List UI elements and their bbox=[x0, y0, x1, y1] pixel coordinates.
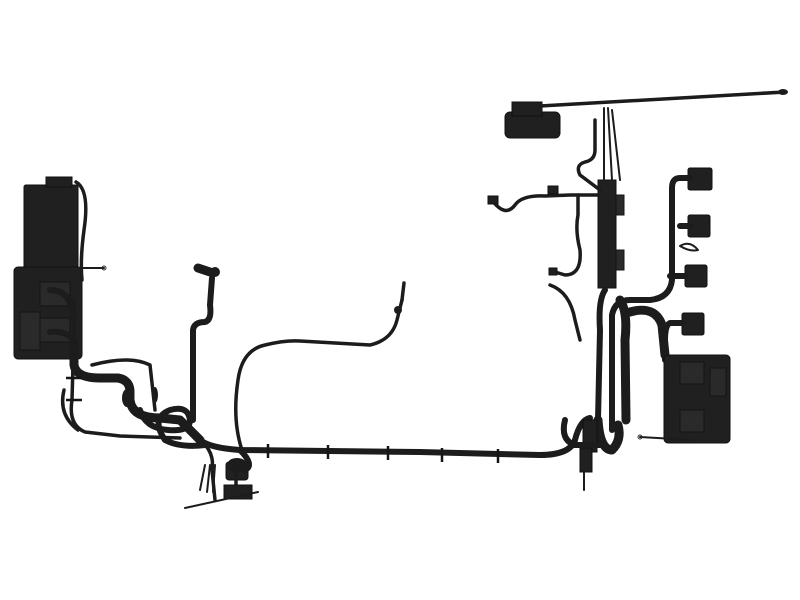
main-trunk-cable bbox=[63, 300, 590, 463]
branch-cables bbox=[185, 267, 404, 508]
center-connector-block bbox=[488, 108, 624, 340]
antenna-rod bbox=[540, 89, 788, 106]
right-control-module bbox=[638, 355, 730, 443]
wiring-harness-render bbox=[0, 0, 800, 600]
top-right-relay-module bbox=[505, 102, 560, 138]
left-fuse-box bbox=[14, 177, 106, 359]
